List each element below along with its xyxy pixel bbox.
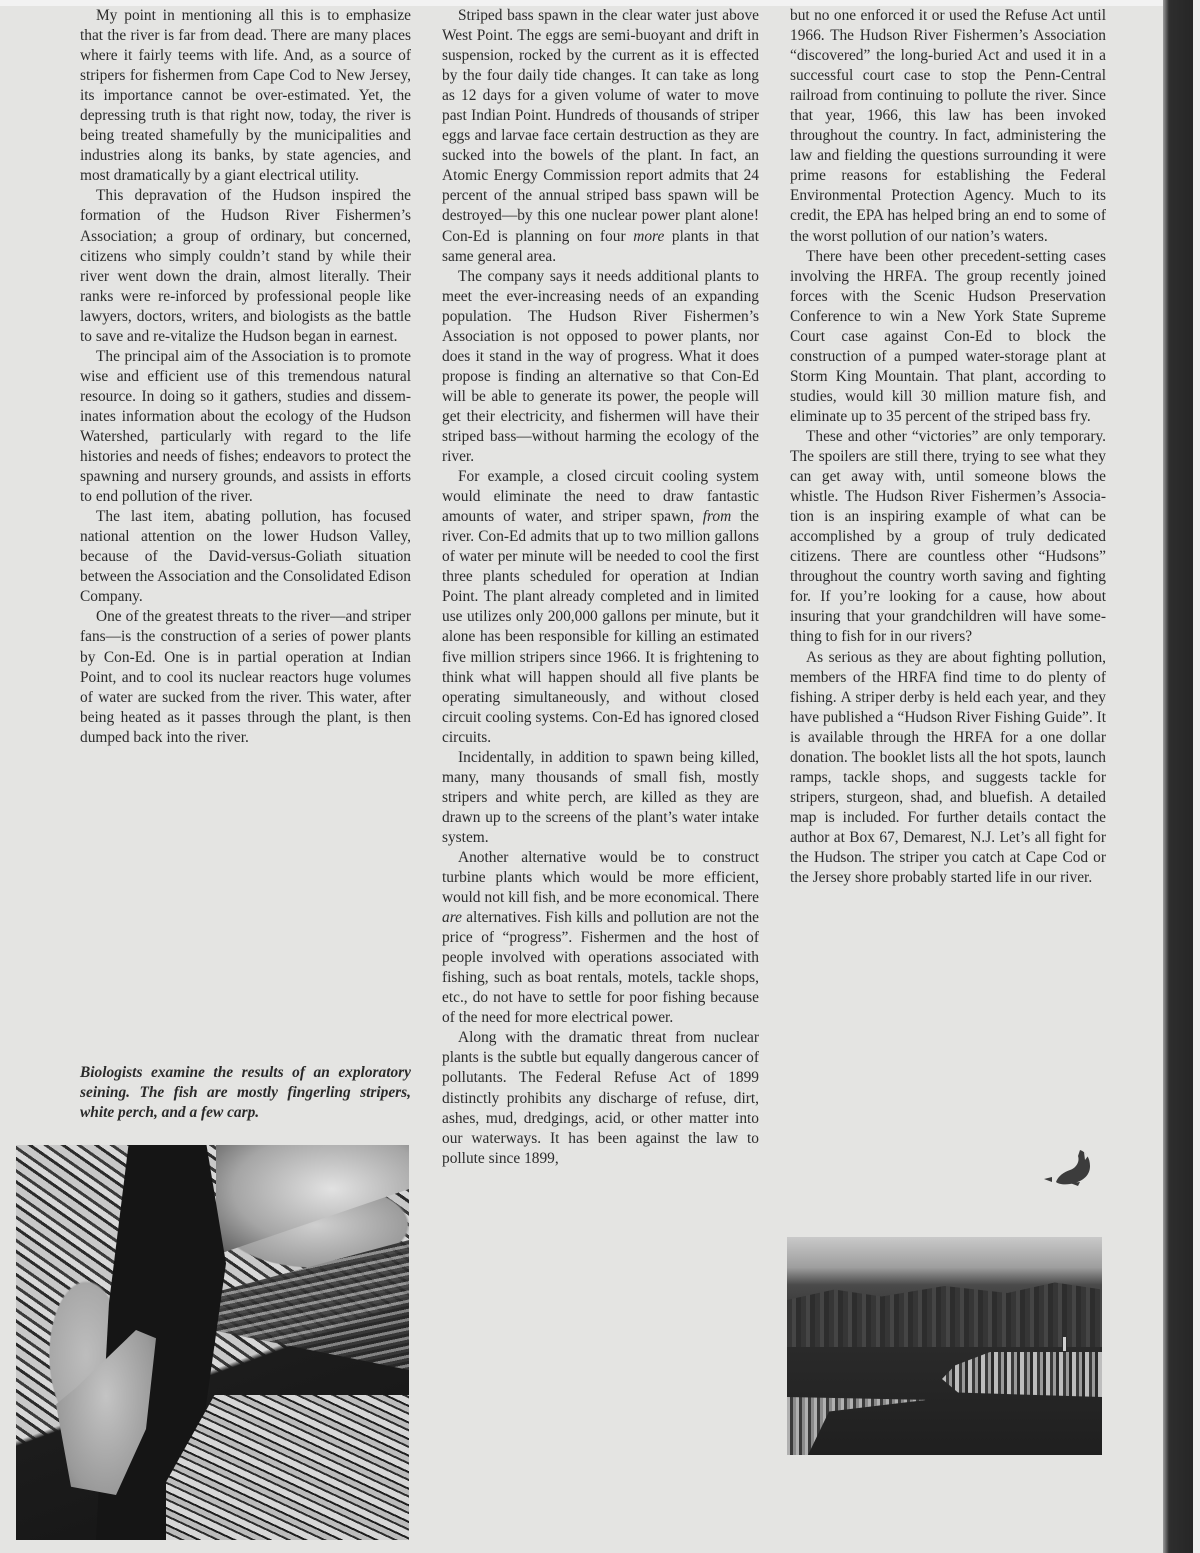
photo-net	[216, 1240, 409, 1370]
seining-photo	[16, 1145, 409, 1540]
emphasis-text: more	[633, 228, 664, 245]
paragraph: The last item, abating pollution, has fo…	[80, 507, 411, 607]
paragraph: This depravation of the Hudson in­spired…	[80, 186, 411, 346]
page-edge	[1193, 0, 1200, 1553]
photo-caption: Biologists examine the results of an exp…	[80, 1063, 411, 1123]
photo-water-surface	[216, 1145, 409, 1255]
photo-tower	[1063, 1337, 1066, 1351]
paragraph: These and other “victories” are only tem…	[790, 427, 1106, 648]
paragraph: The principal aim of the Association is …	[80, 347, 411, 507]
paragraph: Along with the dramatic threat from nucl…	[442, 1028, 759, 1168]
article-column-1: My point in mentioning all this is to em…	[80, 6, 411, 748]
text-run: alterna­tives. Fish kills and pollution …	[442, 909, 759, 1026]
paragraph: Another alternative would be to con­stru…	[442, 848, 759, 1028]
text-run: the river. Con-Ed admits that up to two …	[442, 508, 759, 746]
paragraph: There have been other precedent-setting …	[790, 247, 1106, 427]
text-run: Striped bass spawn in the clear water ju…	[442, 7, 759, 245]
article-column-2: Striped bass spawn in the clear water ju…	[442, 6, 759, 1169]
paragraph: Striped bass spawn in the clear water ju…	[442, 6, 759, 267]
emphasis-text: are	[442, 909, 462, 926]
paragraph: One of the greatest threats to the river…	[80, 607, 411, 747]
text-run: Another alternative would be to con­stru…	[442, 849, 759, 906]
photo-hills	[787, 1279, 1102, 1349]
page-binding-shadow	[1163, 0, 1193, 1553]
article-column-3: but no one enforced it or used the Refus…	[790, 6, 1106, 888]
paragraph: As serious as they are about fighting po…	[790, 648, 1106, 889]
paragraph: The company says it needs additional pla…	[442, 267, 759, 467]
emphasis-text: from	[703, 508, 732, 525]
hudson-river-aerial-photo	[787, 1237, 1102, 1455]
paragraph: My point in mentioning all this is to em…	[80, 6, 411, 186]
paragraph: but no one enforced it or used the Refus…	[790, 6, 1106, 247]
fish-icon	[1040, 1146, 1102, 1196]
paragraph: For example, a closed circuit cooling sy…	[442, 467, 759, 748]
paragraph: Incidentally, in addition to spawn being…	[442, 748, 759, 848]
